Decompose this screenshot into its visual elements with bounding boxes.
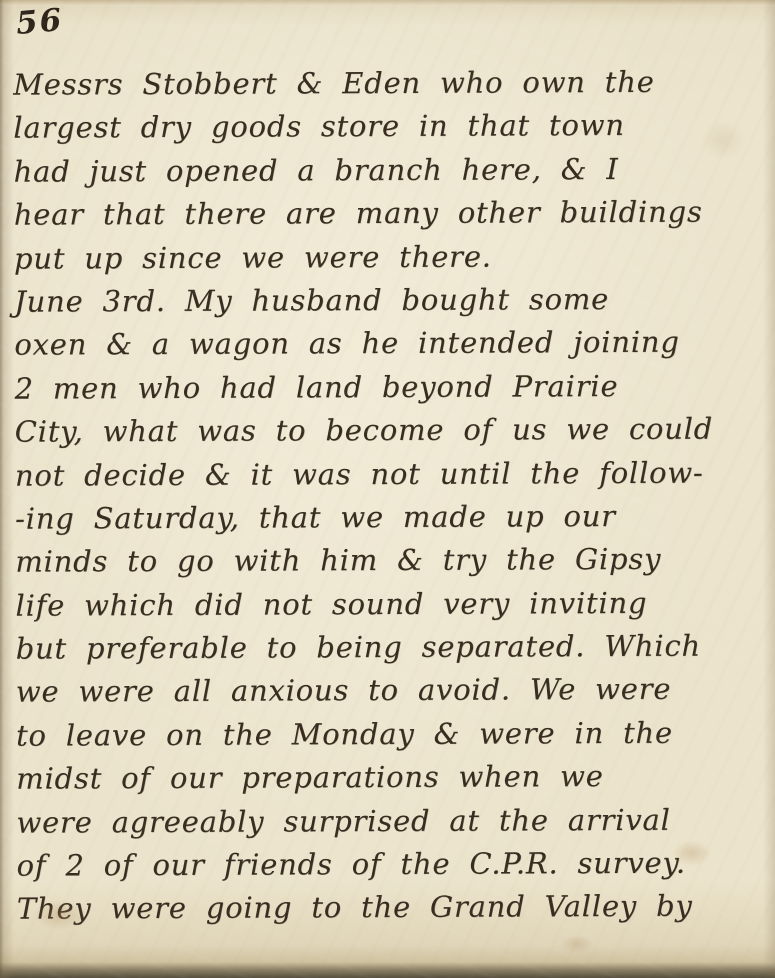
manuscript-line: put up since we were there. xyxy=(14,234,766,281)
manuscript-line: June 3rd. My husband bought some xyxy=(14,277,766,324)
manuscript-page: 56 Messrs Stobbert & Eden who own the la… xyxy=(0,0,775,978)
manuscript-line: hear that there are many other buildings xyxy=(14,191,766,238)
manuscript-line: -ing Saturday, that we made up our xyxy=(15,494,767,541)
manuscript-line: but preferable to being separated. Which xyxy=(16,624,768,671)
manuscript-line: of 2 of our friends of the C.P.R. survey… xyxy=(17,841,769,888)
manuscript-line: to leave on the Monday & were in the xyxy=(16,711,768,758)
manuscript-line: midst of our preparations when we xyxy=(16,755,768,802)
manuscript-line: They were going to the Grand Valley by xyxy=(17,885,769,932)
manuscript-line: Messrs Stobbert & Eden who own the xyxy=(13,60,765,107)
manuscript-line: 2 men who had land beyond Prairie xyxy=(14,364,766,411)
manuscript-text-block: Messrs Stobbert & Eden who own the large… xyxy=(13,60,769,931)
paper-stain xyxy=(560,935,594,953)
page-number: 56 xyxy=(15,2,65,42)
manuscript-line: were agreeably surprised at the arrival xyxy=(16,798,768,845)
manuscript-line: not decide & it was not until the follow… xyxy=(15,451,767,498)
manuscript-line: City, what was to become of us we could xyxy=(15,407,767,454)
manuscript-line: oxen & a wagon as he intended joining xyxy=(14,321,766,368)
manuscript-line: had just opened a branch here, & I xyxy=(13,147,765,194)
manuscript-line: minds to go with him & try the Gipsy xyxy=(15,538,767,585)
manuscript-line: largest dry goods store in that town xyxy=(13,104,765,151)
manuscript-line: we were all anxious to avoid. We were xyxy=(16,668,768,715)
manuscript-line: life which did not sound very inviting xyxy=(15,581,767,628)
